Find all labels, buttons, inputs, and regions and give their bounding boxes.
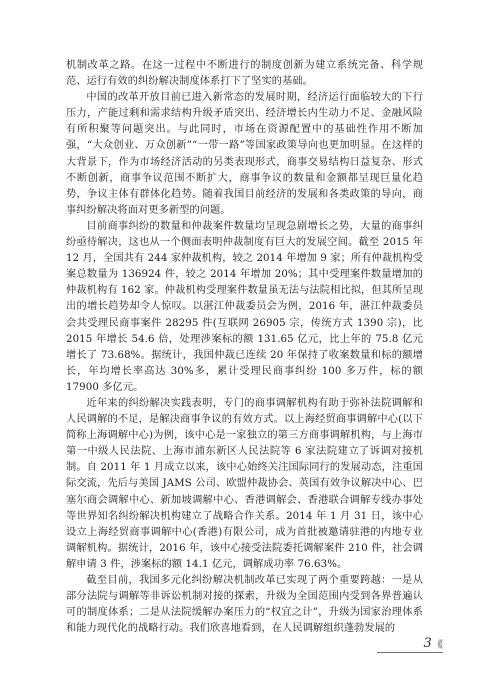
footer-row: 3 ⟨⟨⟨ <box>377 637 443 650</box>
page-footer: 3 ⟨⟨⟨ <box>377 637 443 653</box>
footer-rule <box>377 652 443 653</box>
page-chevrons-icon: ⟨⟨⟨ <box>437 640 441 650</box>
document-page: 机制改革之路。在这一过程中不断进行的制度创新为建立系统完备、科学规范、运行有效的… <box>0 0 482 680</box>
paragraph-new-normal: 中国的改革开放目前已进入新常态的发展时期，经济运行面临较大的下行压力，产能过剩和… <box>66 90 423 219</box>
paragraph-arbitration-growth: 目前商事纠纷的数量和仲裁案件数量均呈现急剧增长之势，大量的商事纠纷亟待解决，这也… <box>66 219 423 396</box>
page-number: 3 <box>424 637 432 650</box>
body-text: 机制改革之路。在这一过程中不断进行的制度创新为建立系统完备、科学规范、运行有效的… <box>66 58 423 637</box>
paragraph-continuation: 机制改革之路。在这一过程中不断进行的制度创新为建立系统完备、科学规范、运行有效的… <box>66 58 423 90</box>
paragraph-reform-leaps: 截至目前，我国多元化纠纷解决机制改革已实现了两个重要跨越：一是从部分法院与调解等… <box>66 573 423 637</box>
paragraph-mediation-center: 近年来的纠纷解决实践表明，专门的商事调解机构有助于弥补法院调解和人民调解的不足，… <box>66 396 423 573</box>
